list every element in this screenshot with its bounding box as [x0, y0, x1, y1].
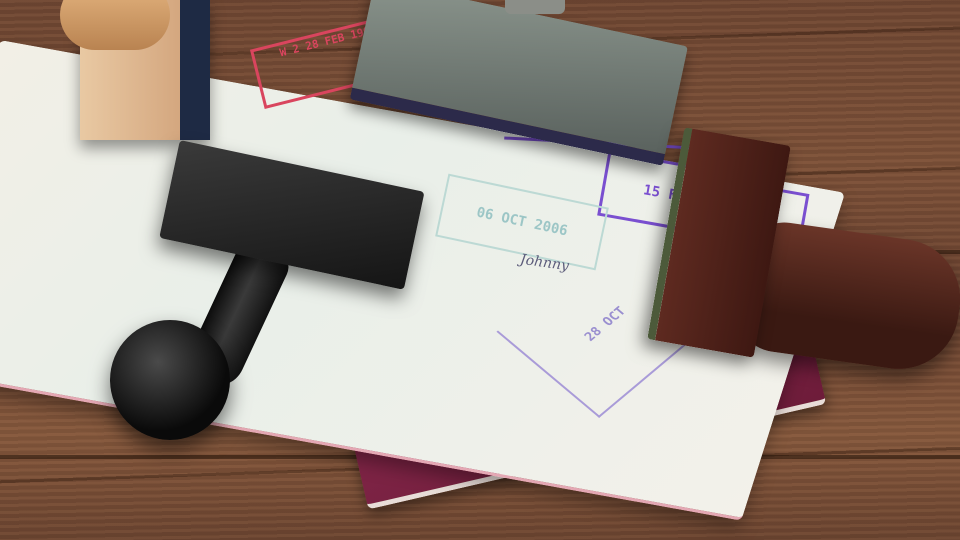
- black-stamp-knob: [110, 320, 230, 440]
- gray-stamp-handle: [505, 0, 565, 14]
- wooden-rubber-stamp: [80, 0, 210, 140]
- wooden-stamp-knob: [60, 0, 170, 50]
- photo-scene: PASPOORT - PA SS W 2 28 FEB 1997 FEB 200…: [0, 0, 960, 540]
